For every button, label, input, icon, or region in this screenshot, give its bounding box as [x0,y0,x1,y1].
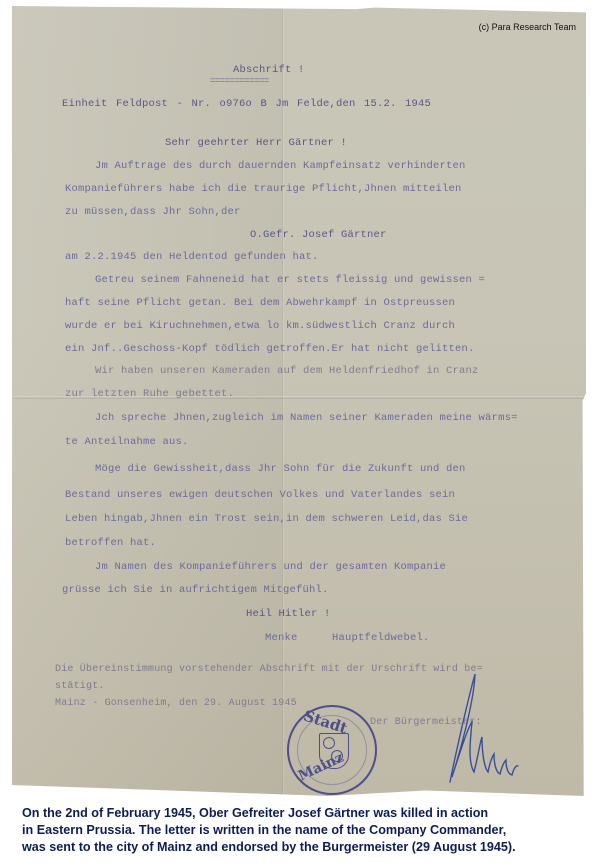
letter-salutation: Sehr geehrter Herr Gärtner ! [165,137,347,149]
caption-line: in Eastern Prussia. The letter is writte… [22,822,592,839]
letter-line: te Anteilnahme aus. [65,436,189,448]
letter-line: betroffen hat. [65,537,156,549]
letter-line: zur letzten Ruhe gebettet. [65,388,234,400]
letter-line: Leben hingab,Jhnen ein Trost sein,in dem… [65,513,468,525]
letter-line: grüsse ich Sie in aufrichtigem Mitgefühl… [62,584,329,596]
letter-line: Jm Auftrage des durch dauernden Kampfein… [95,160,466,172]
soldier-name: O.Gefr. Josef Gärtner [250,229,387,241]
letter-line: Jch spreche Jhnen,zugleich im Namen sein… [95,412,518,424]
endorsement-text: Die Übereinstimmung vorstehender Abschri… [55,664,483,675]
copyright-notice: (c) Para Research Team [479,22,576,32]
letter-line: Jm Namen des Kompanieführers und der ges… [95,561,446,573]
caption-line: was sent to the city of Mainz and endors… [22,839,592,856]
letter-closing: Heil Hitler ! [246,608,331,620]
endorsement-text: stätigt. [55,681,105,692]
letter-line: Möge die Gewissheit,dass Jhr Sohn für di… [95,463,466,475]
title-underline: ============ [210,76,269,86]
letter-line: wurde er bei Kiruchnehmen,etwa lo km.süd… [65,320,455,332]
city-seal-stamp: Stadt Mainz [287,705,377,795]
letter-line: Kompanieführers habe ich die traurige Pf… [65,183,462,195]
vertical-fold-crease [282,6,284,796]
handwritten-signature [430,672,520,787]
letter-line: Wir haben unseren Kameraden auf dem Held… [95,365,479,377]
signer-rank: Hauptfeldwebel. [332,632,430,644]
wheel-icon [323,737,335,749]
endorsement-place-date: Mainz - Gonsenheim, den 29. August 1945 [55,698,297,709]
letter-title: Abschrift ! [233,64,305,76]
letter-line: zu müssen,dass Jhr Sohn,der [65,206,241,218]
letter-line: Bestand unseres ewigen deutschen Volkes … [65,489,455,501]
letter-line: am 2.2.1945 den Heldentod gefunden hat. [65,251,319,263]
letter-header-line: Einheit Feldpost - Nr. o976o B Jm Felde,… [62,98,431,110]
caption-line: On the 2nd of February 1945, Ober Gefrei… [22,805,592,822]
letter-line: haft seine Pflicht getan. Bei dem Abwehr… [65,297,455,309]
photo-caption: On the 2nd of February 1945, Ober Gefrei… [22,805,592,856]
signer-name: Menke [265,632,298,644]
letter-line: ein Jnf..Geschoss-Kopf tödlich getroffen… [65,343,475,355]
letter-line: Getreu seinem Fahneneid hat er stets fle… [95,274,485,286]
paper-shading [12,6,282,796]
